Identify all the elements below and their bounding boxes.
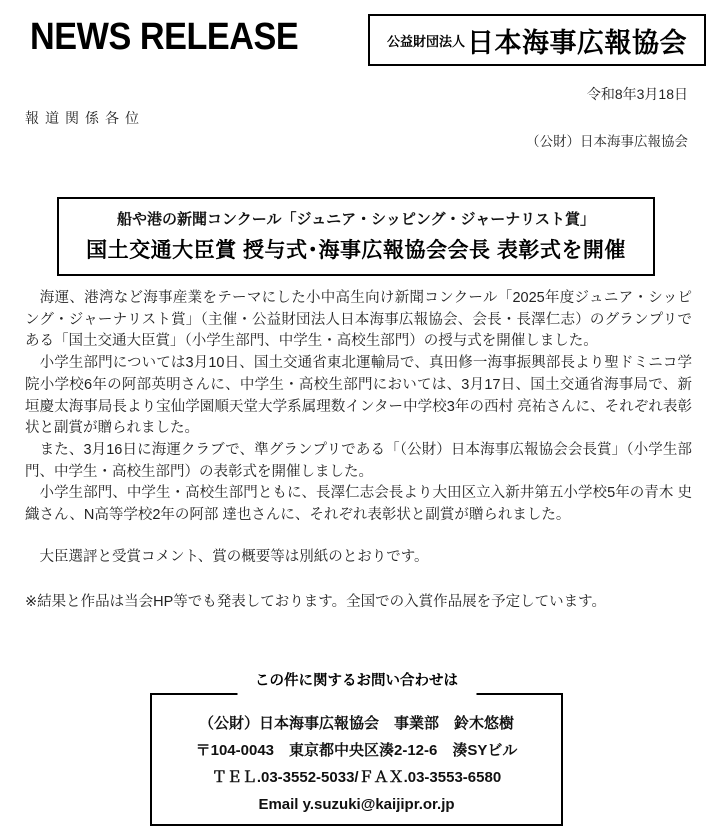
title-box: 船や港の新聞コンクール「ジュニア・シッピング・ジャーナリスト賞」 国土交通大臣賞… — [57, 197, 655, 276]
body-paragraph-3: また、3月16日に海運クラブで、準グランプリである「（公財）日本海事広報協会会長… — [25, 440, 692, 483]
body-paragraph-4: 小学生部門、中学生・高校生部門ともに、長澤仁志会長より大田区立入新井第五小学校5… — [25, 483, 692, 526]
addressee-label: 報道関係各位 — [25, 108, 145, 128]
org-prefix-label: 公益財団法人 — [387, 31, 465, 50]
contact-legend: この件に関するお問い合わせは — [237, 672, 476, 698]
contact-lines: （公財）日本海事広報協会 事業部 鈴木悠樹 〒104-0043 東京都中央区湊2… — [152, 695, 561, 818]
note-hp-announcement: ※結果と作品は当会HP等でも発表しております。全国での入賞作品展を予定しています… — [25, 592, 692, 614]
press-release-page: NEWS RELEASE 公益財団法人 日本海事広報協会 令和8年3月18日 報… — [0, 0, 716, 840]
contact-address: 〒104-0043 東京都中央区湊2-12-6 湊SYビル — [152, 737, 561, 764]
news-release-masthead: NEWS RELEASE — [30, 16, 298, 59]
body-text: 海運、港湾など海事産業をテーマにした小中高生向け新聞コンクール「2025年度ジュ… — [25, 288, 692, 614]
org-logo-box: 公益財団法人 日本海事広報協会 — [368, 14, 706, 66]
note-attachment: 大臣選評と受賞コメント、賞の概要等は別紙のとおりです。 — [25, 547, 692, 569]
sender-label: （公財）日本海事広報協会 — [526, 130, 688, 150]
contact-box: この件に関するお問い合わせは （公財）日本海事広報協会 事業部 鈴木悠樹 〒10… — [150, 693, 563, 826]
body-paragraph-2: 小学生部門については3月10日、国土交通省東北運輸局で、真田修一海事振興部長より… — [25, 353, 692, 440]
contact-email: Email y.suzuki@kaijipr.or.jp — [152, 791, 561, 818]
title-main: 国土交通大臣賞 授与式･海事広報協会会長 表彰式を開催 — [63, 234, 649, 264]
body-paragraph-1: 海運、港湾など海事産業をテーマにした小中高生向け新聞コンクール「2025年度ジュ… — [25, 288, 692, 353]
contact-person: （公財）日本海事広報協会 事業部 鈴木悠樹 — [152, 710, 561, 737]
contact-tel-fax: ＴＥＬ.03-3552-5033/ＦＡＸ.03-3553-6580 — [152, 764, 561, 791]
release-date: 令和8年3月18日 — [587, 84, 688, 104]
title-subtitle: 船や港の新聞コンクール「ジュニア・シッピング・ジャーナリスト賞」 — [63, 208, 649, 229]
org-name-label: 日本海事広報協会 — [467, 21, 687, 60]
